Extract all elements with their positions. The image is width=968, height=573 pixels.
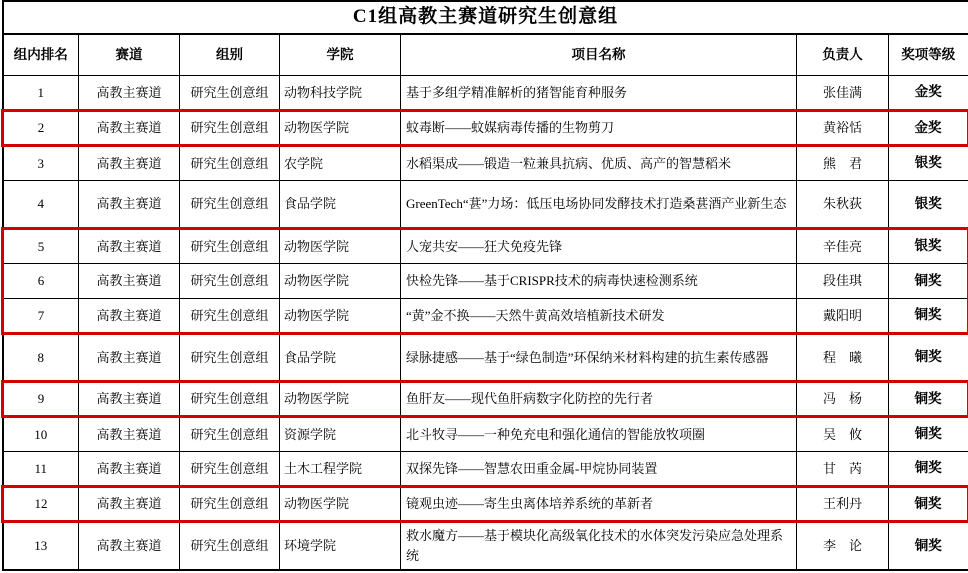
- cell-group: 研究生创意组: [180, 181, 280, 229]
- cell-leader: 段佳琪: [797, 264, 889, 299]
- cell-award: 金奖: [889, 111, 968, 146]
- table-row: 6高教主赛道研究生创意组动物医学院快检先锋——基于CRISPR技术的病毒快速检测…: [3, 264, 968, 299]
- table-row: 13高教主赛道研究生创意组环境学院救水魔方——基于模块化高级氧化技术的水体突发污…: [3, 522, 968, 570]
- cell-project: 救水魔方——基于模块化高级氧化技术的水体突发污染应急处理系统: [401, 522, 797, 570]
- cell-award: 铜奖: [889, 382, 968, 417]
- cell-rank: 10: [3, 417, 79, 452]
- cell-group: 研究生创意组: [180, 111, 280, 146]
- cell-project: 基于多组学精准解析的猪智能育种服务: [401, 76, 797, 111]
- cell-award: 铜奖: [889, 417, 968, 452]
- column-header-4: 项目名称: [401, 34, 797, 76]
- cell-rank: 12: [3, 487, 79, 522]
- cell-leader: 戴阳明: [797, 299, 889, 334]
- cell-rank: 6: [3, 264, 79, 299]
- cell-track: 高教主赛道: [79, 76, 180, 111]
- cell-project: 鱼肝友——现代鱼肝病数字化防控的先行者: [401, 382, 797, 417]
- cell-college: 动物医学院: [280, 299, 401, 334]
- table-row: 3高教主赛道研究生创意组农学院水稻渠成——锻造一粒兼具抗病、优质、高产的智慧稻米…: [3, 146, 968, 181]
- cell-leader: 王利丹: [797, 487, 889, 522]
- cell-rank: 2: [3, 111, 79, 146]
- cell-track: 高教主赛道: [79, 452, 180, 487]
- cell-track: 高教主赛道: [79, 382, 180, 417]
- cell-leader: 甘 芮: [797, 452, 889, 487]
- cell-track: 高教主赛道: [79, 522, 180, 570]
- header-row: 组内排名赛道组别学院项目名称负责人奖项等级: [3, 34, 968, 76]
- cell-track: 高教主赛道: [79, 146, 180, 181]
- column-header-1: 赛道: [79, 34, 180, 76]
- column-header-6: 奖项等级: [889, 34, 968, 76]
- cell-project: 双探先锋——智慧农田重金属-甲烷协同装置: [401, 452, 797, 487]
- cell-award: 铜奖: [889, 334, 968, 382]
- cell-rank: 7: [3, 299, 79, 334]
- cell-award: 铜奖: [889, 522, 968, 570]
- cell-rank: 8: [3, 334, 79, 382]
- cell-leader: 吴 攸: [797, 417, 889, 452]
- cell-leader: 朱秋荻: [797, 181, 889, 229]
- cell-award: 铜奖: [889, 452, 968, 487]
- table-row: 10高教主赛道研究生创意组资源学院北斗牧寻——一种免充电和强化通信的智能放牧项圈…: [3, 417, 968, 452]
- cell-college: 动物科技学院: [280, 76, 401, 111]
- cell-group: 研究生创意组: [180, 334, 280, 382]
- cell-project: 快检先锋——基于CRISPR技术的病毒快速检测系统: [401, 264, 797, 299]
- cell-award: 铜奖: [889, 299, 968, 334]
- cell-group: 研究生创意组: [180, 452, 280, 487]
- cell-project: GreenTech“葚”力场：低压电场协同发酵技术打造桑葚酒产业新生态: [401, 181, 797, 229]
- column-header-0: 组内排名: [3, 34, 79, 76]
- table-row: 1高教主赛道研究生创意组动物科技学院基于多组学精准解析的猪智能育种服务张佳满金奖: [3, 76, 968, 111]
- table-row: 5高教主赛道研究生创意组动物医学院人宠共安——狂犬免疫先锋辛佳亮银奖: [3, 229, 968, 264]
- page-title: C1组高教主赛道研究生创意组: [3, 1, 968, 34]
- cell-track: 高教主赛道: [79, 417, 180, 452]
- cell-group: 研究生创意组: [180, 264, 280, 299]
- table-row: 12高教主赛道研究生创意组动物医学院镜观虫迹——寄生虫离体培养系统的革新者王利丹…: [3, 487, 968, 522]
- cell-group: 研究生创意组: [180, 299, 280, 334]
- cell-college: 资源学院: [280, 417, 401, 452]
- cell-group: 研究生创意组: [180, 76, 280, 111]
- cell-group: 研究生创意组: [180, 487, 280, 522]
- cell-project: 蚊毒断——蚊媒病毒传播的生物剪刀: [401, 111, 797, 146]
- cell-college: 动物医学院: [280, 264, 401, 299]
- table-row: 11高教主赛道研究生创意组土木工程学院双探先锋——智慧农田重金属-甲烷协同装置甘…: [3, 452, 968, 487]
- cell-track: 高教主赛道: [79, 334, 180, 382]
- title-row: C1组高教主赛道研究生创意组: [3, 1, 968, 34]
- cell-track: 高教主赛道: [79, 111, 180, 146]
- cell-award: 铜奖: [889, 264, 968, 299]
- table-row: 4高教主赛道研究生创意组食品学院GreenTech“葚”力场：低压电场协同发酵技…: [3, 181, 968, 229]
- cell-award: 银奖: [889, 229, 968, 264]
- cell-college: 动物医学院: [280, 111, 401, 146]
- cell-group: 研究生创意组: [180, 522, 280, 570]
- cell-rank: 4: [3, 181, 79, 229]
- cell-award: 铜奖: [889, 487, 968, 522]
- award-results-document: C1组高教主赛道研究生创意组 组内排名赛道组别学院项目名称负责人奖项等级 1高教…: [0, 0, 968, 573]
- column-header-3: 学院: [280, 34, 401, 76]
- table-row: 2高教主赛道研究生创意组动物医学院蚊毒断——蚊媒病毒传播的生物剪刀黄裕恬金奖: [3, 111, 968, 146]
- cell-leader: 冯 杨: [797, 382, 889, 417]
- cell-project: 绿脉捷感——基于“绿色制造”环保纳米材料构建的抗生素传感器: [401, 334, 797, 382]
- cell-rank: 5: [3, 229, 79, 264]
- cell-project: 北斗牧寻——一种免充电和强化通信的智能放牧项圈: [401, 417, 797, 452]
- cell-college: 动物医学院: [280, 487, 401, 522]
- cell-group: 研究生创意组: [180, 417, 280, 452]
- cell-track: 高教主赛道: [79, 299, 180, 334]
- table-body: 1高教主赛道研究生创意组动物科技学院基于多组学精准解析的猪智能育种服务张佳满金奖…: [3, 76, 968, 570]
- cell-award: 银奖: [889, 181, 968, 229]
- cell-award: 金奖: [889, 76, 968, 111]
- cell-rank: 11: [3, 452, 79, 487]
- cell-group: 研究生创意组: [180, 146, 280, 181]
- cell-college: 环境学院: [280, 522, 401, 570]
- cell-group: 研究生创意组: [180, 229, 280, 264]
- cell-college: 食品学院: [280, 334, 401, 382]
- cell-track: 高教主赛道: [79, 487, 180, 522]
- cell-college: 食品学院: [280, 181, 401, 229]
- cell-rank: 1: [3, 76, 79, 111]
- cell-rank: 9: [3, 382, 79, 417]
- table-row: 8高教主赛道研究生创意组食品学院绿脉捷感——基于“绿色制造”环保纳米材料构建的抗…: [3, 334, 968, 382]
- cell-project: 水稻渠成——锻造一粒兼具抗病、优质、高产的智慧稻米: [401, 146, 797, 181]
- cell-leader: 李 论: [797, 522, 889, 570]
- cell-track: 高教主赛道: [79, 229, 180, 264]
- cell-award: 银奖: [889, 146, 968, 181]
- cell-rank: 13: [3, 522, 79, 570]
- cell-project: 人宠共安——狂犬免疫先锋: [401, 229, 797, 264]
- cell-college: 动物医学院: [280, 382, 401, 417]
- cell-college: 动物医学院: [280, 229, 401, 264]
- column-header-5: 负责人: [797, 34, 889, 76]
- cell-project: “黄”金不换——天然牛黄高效培植新技术研发: [401, 299, 797, 334]
- cell-leader: 黄裕恬: [797, 111, 889, 146]
- table-row: 7高教主赛道研究生创意组动物医学院“黄”金不换——天然牛黄高效培植新技术研发戴阳…: [3, 299, 968, 334]
- cell-project: 镜观虫迹——寄生虫离体培养系统的革新者: [401, 487, 797, 522]
- awards-table: C1组高教主赛道研究生创意组 组内排名赛道组别学院项目名称负责人奖项等级 1高教…: [1, 0, 968, 571]
- cell-college: 土木工程学院: [280, 452, 401, 487]
- cell-leader: 张佳满: [797, 76, 889, 111]
- cell-rank: 3: [3, 146, 79, 181]
- column-header-2: 组别: [180, 34, 280, 76]
- cell-group: 研究生创意组: [180, 382, 280, 417]
- cell-college: 农学院: [280, 146, 401, 181]
- cell-track: 高教主赛道: [79, 181, 180, 229]
- table-row: 9高教主赛道研究生创意组动物医学院鱼肝友——现代鱼肝病数字化防控的先行者冯 杨铜…: [3, 382, 968, 417]
- cell-leader: 程 曦: [797, 334, 889, 382]
- cell-track: 高教主赛道: [79, 264, 180, 299]
- cell-leader: 辛佳亮: [797, 229, 889, 264]
- cell-leader: 熊 君: [797, 146, 889, 181]
